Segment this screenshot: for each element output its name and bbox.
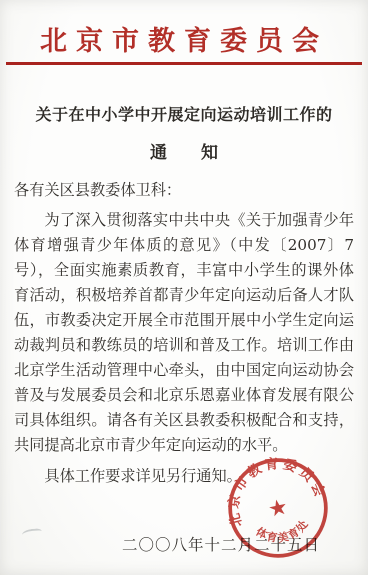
body-paragraph-1: 为了深入贯彻落实中共中央《关于加强青少年体育增强青少年体质的意见》（中发〔200… bbox=[14, 208, 354, 458]
star-icon: ★ bbox=[266, 495, 290, 524]
notice-title-line2: 通 知 bbox=[0, 138, 368, 163]
notice-title-line1: 关于在中小学中开展定向运动培训工作的 bbox=[0, 106, 368, 124]
letterhead-title: 北京市教育委员会 bbox=[0, 0, 368, 58]
salutation: 各有关区县教委体卫科： bbox=[14, 178, 354, 203]
notice-body: 各有关区县教委体卫科： 为了深入贯彻落实中共中央《关于加强青少年体育增强青少年体… bbox=[0, 178, 368, 489]
body-paragraph-2: 具体工作要求详见另行通知。 bbox=[14, 464, 354, 489]
issue-date: 二〇〇八年十二月二十五日 bbox=[0, 533, 368, 555]
scanned-notice-page: 北京市教育委员会 关于在中小学中开展定向运动培训工作的 通 知 各有关区县教委体… bbox=[0, 0, 368, 575]
letterhead-rule bbox=[6, 62, 362, 65]
